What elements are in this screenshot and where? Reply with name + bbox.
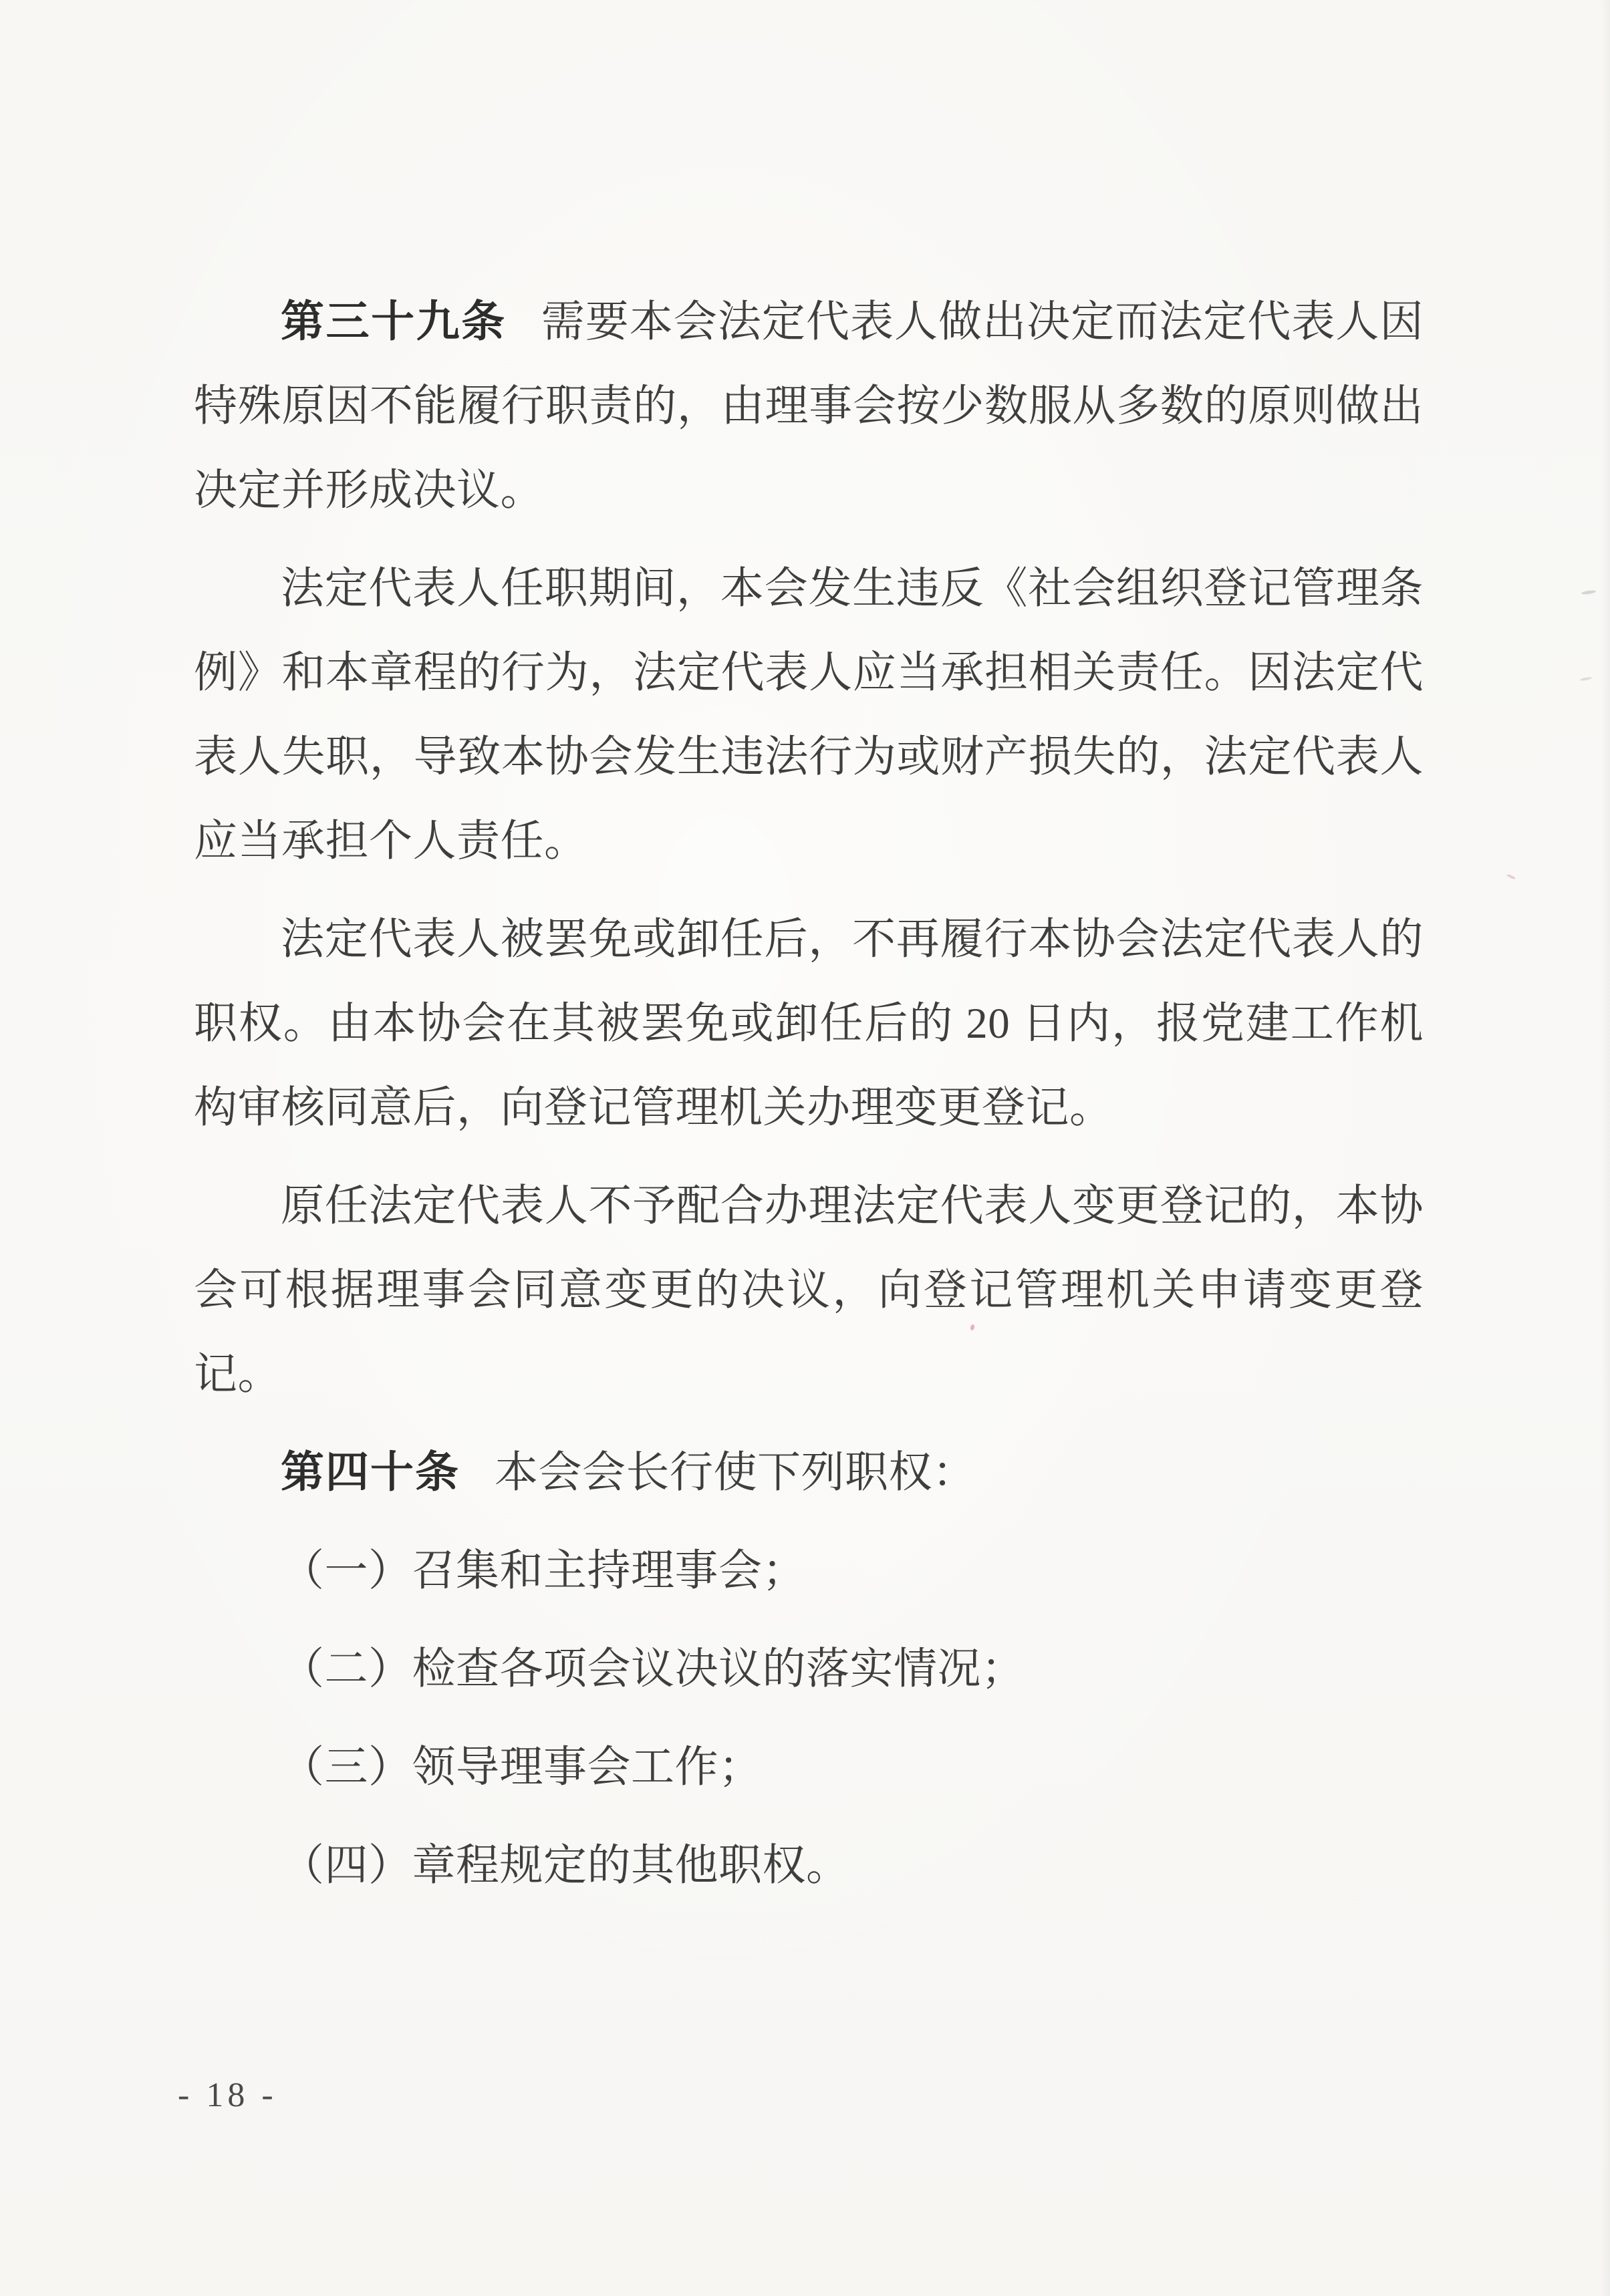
paragraph-text: 法定代表人被罢免或卸任后，不再履行本协会法定代表人的职权。由本协会在其被罢免或卸… [194,915,1424,1132]
scan-edge-shade [1601,0,1610,2296]
paragraph-text: 本会会长行使下列职权： [495,1449,976,1497]
document-page: 第三十九条需要本会法定代表人做出决定而法定代表人因特殊原因不能履行职责的，由理事… [0,0,1610,2296]
scan-speck [1506,873,1516,880]
article-number: 第四十条 [281,1449,460,1497]
scan-speck [1580,676,1592,681]
paragraph-text: 原任法定代表人不予配合办理法定代表人变更登记的，本协会可根据理事会同意变更的决议… [194,1182,1424,1399]
paragraph-text: （二）检查各项会议决议的落实情况； [281,1645,1025,1693]
page-number: - 18 - [178,2075,277,2116]
list-item: （二）检查各项会议决议的落实情况； [194,1627,1424,1711]
body-paragraph: 法定代表人任职期间，本会发生违反《社会组织登记管理条例》和本章程的行为，法定代表… [194,547,1424,883]
scan-speck [1581,589,1596,595]
paragraph-text: （三）领导理事会工作； [281,1743,763,1791]
text-column: 第三十九条需要本会法定代表人做出决定而法定代表人因特殊原因不能履行职责的，由理事… [194,280,1424,1922]
paragraph-text: （一）召集和主持理事会； [281,1547,806,1595]
article-paragraph: 第四十条本会会长行使下列职权： [194,1431,1424,1515]
body-paragraph: 法定代表人被罢免或卸任后，不再履行本协会法定代表人的职权。由本协会在其被罢免或卸… [194,897,1424,1150]
list-item: （一）召集和主持理事会； [194,1529,1424,1613]
list-item: （四）章程规定的其他职权。 [194,1824,1424,1908]
paragraph-text: 法定代表人任职期间，本会发生违反《社会组织登记管理条例》和本章程的行为，法定代表… [194,565,1424,865]
body-paragraph: 原任法定代表人不予配合办理法定代表人变更登记的，本协会可根据理事会同意变更的决议… [194,1164,1424,1417]
article-paragraph: 第三十九条需要本会法定代表人做出决定而法定代表人因特殊原因不能履行职责的，由理事… [194,280,1424,533]
article-number: 第三十九条 [281,298,507,346]
list-item: （三）领导理事会工作； [194,1725,1424,1810]
paragraph-text: （四）章程规定的其他职权。 [281,1842,850,1890]
